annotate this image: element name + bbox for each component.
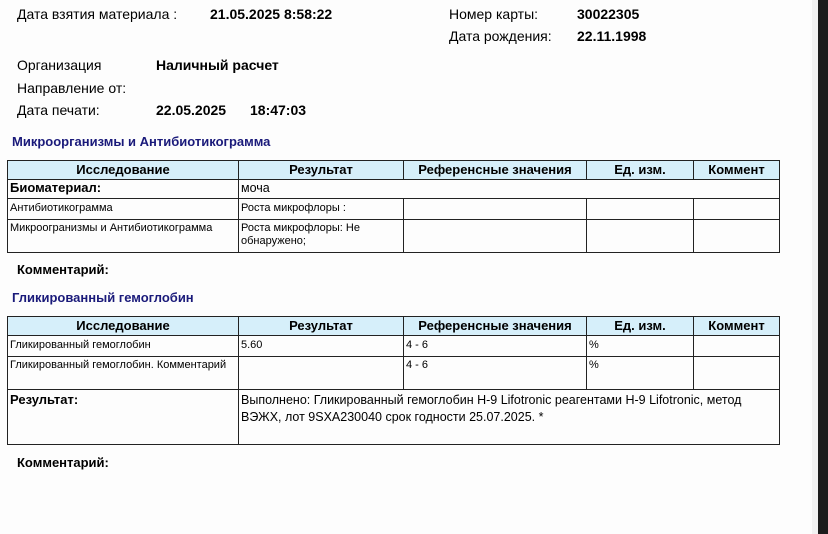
sample-date-value: 21.05.2025 8:58:22 — [210, 6, 332, 22]
section-title-microorganisms: Микроорганизмы и Антибиотикограмма — [12, 134, 270, 149]
table-header-row: Исследование Результат Референсные значе… — [8, 317, 780, 336]
column-header-test: Исследование — [8, 161, 239, 180]
section-title-hba1c: Гликированный гемоглобин — [12, 290, 194, 305]
test-comment — [694, 357, 780, 390]
test-comment — [694, 336, 780, 357]
result-summary-text: Выполнено: Гликированный гемоглобин H-9 … — [239, 390, 780, 445]
biomaterial-value: моча — [239, 180, 780, 199]
print-date-label: Дата печати: — [17, 102, 100, 118]
card-number-label: Номер карты: — [449, 6, 538, 22]
comment-label-microorganisms: Комментарий: — [17, 262, 109, 277]
test-result — [239, 357, 404, 390]
column-header-reference: Референсные значения — [404, 161, 587, 180]
test-unit — [587, 220, 694, 253]
table-row: Микроогранизмы и Антибиотикограмма Роста… — [8, 220, 780, 253]
organization-value: Наличный расчет — [156, 57, 279, 73]
biomaterial-label: Биоматериал: — [8, 180, 239, 199]
comment-label-hba1c: Комментарий: — [17, 455, 109, 470]
print-time-value: 18:47:03 — [250, 102, 306, 118]
test-unit: % — [587, 336, 694, 357]
column-header-comment: Коммент — [694, 161, 780, 180]
table-row: Гликированный гемоглобин. Комментарий 4 … — [8, 357, 780, 390]
result-summary-label: Результат: — [8, 390, 239, 445]
report-page: Дата взятия материала : 21.05.2025 8:58:… — [0, 0, 812, 534]
column-header-comment: Коммент — [694, 317, 780, 336]
test-reference — [404, 220, 587, 253]
result-summary-row: Результат: Выполнено: Гликированный гемо… — [8, 390, 780, 445]
test-name: Гликированный гемоглобин — [8, 336, 239, 357]
referral-label: Направление от: — [17, 80, 126, 96]
print-date-value: 22.05.2025 — [156, 102, 226, 118]
sample-date-label: Дата взятия материала : — [17, 6, 177, 22]
test-result: Роста микрофлоры : — [239, 199, 404, 220]
test-result: Роста микрофлоры: Не обнаружено; — [239, 220, 404, 253]
test-name: Антибиотикограмма — [8, 199, 239, 220]
test-reference: 4 - 6 — [404, 336, 587, 357]
table-row: Антибиотикограмма Роста микрофлоры : — [8, 199, 780, 220]
test-result: 5.60 — [239, 336, 404, 357]
table-row: Гликированный гемоглобин 5.60 4 - 6 % — [8, 336, 780, 357]
test-reference — [404, 199, 587, 220]
test-comment — [694, 220, 780, 253]
viewer-background-strip — [818, 0, 828, 534]
column-header-result: Результат — [239, 161, 404, 180]
column-header-unit: Ед. изм. — [587, 317, 694, 336]
column-header-test: Исследование — [8, 317, 239, 336]
column-header-unit: Ед. изм. — [587, 161, 694, 180]
test-unit: % — [587, 357, 694, 390]
table-header-row: Исследование Результат Референсные значе… — [8, 161, 780, 180]
test-name: Микроогранизмы и Антибиотикограмма — [8, 220, 239, 253]
hba1c-table: Исследование Результат Референсные значе… — [7, 316, 780, 445]
test-comment — [694, 199, 780, 220]
birth-date-label: Дата рождения: — [449, 28, 552, 44]
test-unit — [587, 199, 694, 220]
test-reference: 4 - 6 — [404, 357, 587, 390]
birth-date-value: 22.11.1998 — [577, 28, 646, 44]
organization-label: Организация — [17, 57, 101, 73]
microorganisms-table: Исследование Результат Референсные значе… — [7, 160, 780, 253]
test-name: Гликированный гемоглобин. Комментарий — [8, 357, 239, 390]
card-number-value: 30022305 — [577, 6, 639, 22]
biomaterial-row: Биоматериал: моча — [8, 180, 780, 199]
column-header-reference: Референсные значения — [404, 317, 587, 336]
column-header-result: Результат — [239, 317, 404, 336]
